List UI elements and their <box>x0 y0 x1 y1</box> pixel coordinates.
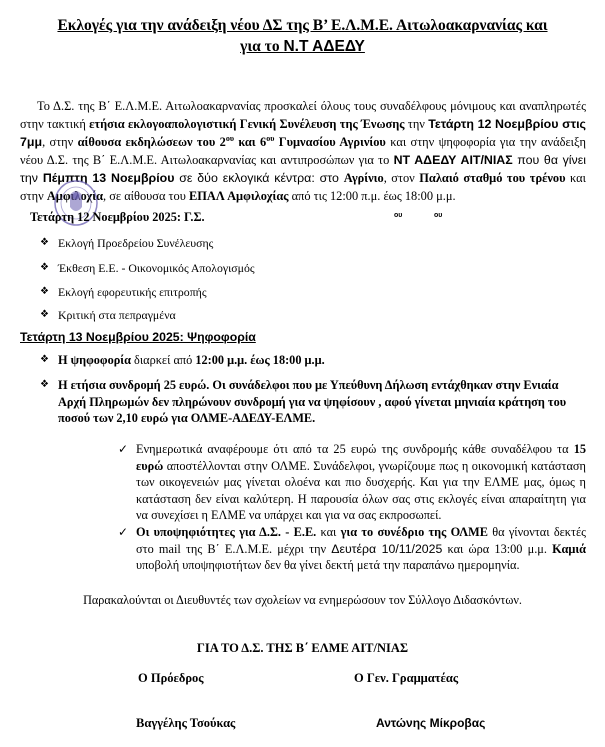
list-item: ❖Κριτική στα πεπραγμένα <box>58 307 176 323</box>
intro-text: , σε αίθουσα του <box>103 189 189 203</box>
intro-bold: ΝΤ ΑΔΕΔΥ ΑΙΤ/ΝΙΑΣ <box>394 153 513 167</box>
voting-bold: Η ψηφοφορία <box>58 353 131 367</box>
note-bold: Καμιά <box>552 542 586 556</box>
diamond-bullet-icon: ❖ <box>40 284 49 300</box>
diamond-bullet-icon: ❖ <box>40 235 49 251</box>
signature-left-name: Βαγγέλης Τσούκας <box>136 716 235 731</box>
signature-right-role: Ο Γεν. Γραμματέας <box>354 671 458 686</box>
intro-text: , στην <box>42 135 78 149</box>
diamond-bullet-icon: ❖ <box>40 307 49 323</box>
list-item: ❖Έκθεση Ε.Ε. - Οικονομικός Απολογισμός <box>58 260 255 276</box>
signature-header: ΓΙΑ ΤΟ Δ.Σ. ΤΗΣ Β΄ ΕΛΜΕ ΑΙΤ/ΝΙΑΣ <box>0 641 605 656</box>
list-item: ❖Εκλογή εφορευτικής επιτροπής <box>58 284 207 300</box>
note-deadline: Δευτέρα 10/11/2025 <box>331 542 442 556</box>
note-item: ✓Οι υποψηφιότητες για Δ.Σ. - Ε.Ε. και γι… <box>136 524 586 574</box>
list-item: ❖Εκλογή Προεδρείου Συνέλευσης <box>58 235 213 251</box>
list-item-text: Εκλογή εφορευτικής επιτροπής <box>58 285 207 299</box>
intro-text: , στον <box>384 171 420 185</box>
note-item: ✓Ενημερωτικά αναφέρουμε ότι από τα 25 ευ… <box>136 441 586 524</box>
note-bold: για το συνέδριο της ΟΛΜΕ <box>341 525 488 539</box>
voting-text: διαρκεί από <box>131 353 195 367</box>
stray-text: ου <box>394 212 402 219</box>
subscription-text: Η ετήσια συνδρομή 25 ευρώ. Οι συνάδελφοι… <box>58 378 566 425</box>
intro-text: την <box>405 117 429 131</box>
list-item-text: Έκθεση Ε.Ε. - Οικονομικός Απολογισμός <box>58 261 255 275</box>
intro-bold: ΕΠΑΛ Αμφιλοχίας <box>189 189 289 203</box>
checkmark-icon: ✓ <box>118 524 128 541</box>
note-text: αποστέλλονται στην ΟΛΜΕ. Συνάδελφοι, γνω… <box>136 459 586 523</box>
closing-text: Παρακαλούνται οι Διευθυντές των σχολείων… <box>0 593 605 608</box>
intro-paragraph: Το Δ.Σ. της Β΄ Ε.Λ.Μ.Ε. Αιτωλοακαρνανίας… <box>20 97 586 205</box>
note-text: και <box>316 525 340 539</box>
intro-bold: αίθουσα εκδηλώσεων του 2 <box>78 135 226 149</box>
intro-text: από τις 12:00 π.μ. έως 18:00 μ.μ. <box>289 189 456 203</box>
intro-text: σε δύο εκλογικά κέντρα: στο <box>174 171 343 185</box>
diamond-bullet-icon: ❖ <box>40 377 49 394</box>
intro-bold: Γυμνασίου Αγρινίου <box>274 135 385 149</box>
title-line2-prefix: για το <box>240 38 283 55</box>
signature-right-name: Αντώνης Μίκροβας <box>376 716 485 730</box>
intro-bold: ετήσια εκλογοαπολογιστική Γενική Συνέλευ… <box>89 117 404 131</box>
list-item-text: Εκλογή Προεδρείου Συνέλευσης <box>58 236 213 250</box>
note-bold: Οι υποψηφιότητες για Δ.Σ. - Ε.Ε. <box>136 525 316 539</box>
title-line2-suffix: Ν.Τ ΑΔΕΔΥ <box>283 38 364 55</box>
diamond-bullet-icon: ❖ <box>40 352 49 368</box>
intro-bold: Παλαιό σταθμό του τρένου <box>419 171 565 185</box>
note-text: και ώρα 13:00 μ.μ. <box>442 542 552 556</box>
voting-hours: 12:00 μ.μ. έως 18:00 μ.μ. <box>195 353 324 367</box>
list-item-text: Κριτική στα πεπραγμένα <box>58 308 176 322</box>
checkmark-icon: ✓ <box>118 441 128 458</box>
intro-bold: Αγρίνιο <box>344 171 384 185</box>
note-text: Ενημερωτικά αναφέρουμε ότι από τα 25 ευρ… <box>136 442 574 456</box>
document-title-line1: Εκλογές για την ανάδειξη νέου ΔΣ της Β’ … <box>0 16 605 36</box>
list-item: ❖Η ετήσια συνδρομή 25 ευρώ. Οι συνάδελφο… <box>58 377 586 427</box>
document-title-line2: για το Ν.Τ ΑΔΕΔΥ <box>0 37 605 57</box>
list-item: ❖Η ψηφοφορία διαρκεί από 12:00 μ.μ. έως … <box>58 352 325 368</box>
note-text: υποβολή υποψηφιοτήτων δεν θα γίνει δεκτή… <box>136 558 520 572</box>
signature-left-role: Ο Πρόεδρος <box>138 671 204 686</box>
intro-sup: ου <box>226 134 234 143</box>
section-heading-voting: Τετάρτη 13 Νοεμβρίου 2025: Ψηφοφορία <box>20 330 256 344</box>
diamond-bullet-icon: ❖ <box>40 260 49 276</box>
stray-text: ου <box>434 212 442 219</box>
section-heading-assembly: Τετάρτη 12 Νοεμβρίου 2025: Γ.Σ. <box>30 210 205 225</box>
intro-bold: και 6 <box>234 135 266 149</box>
